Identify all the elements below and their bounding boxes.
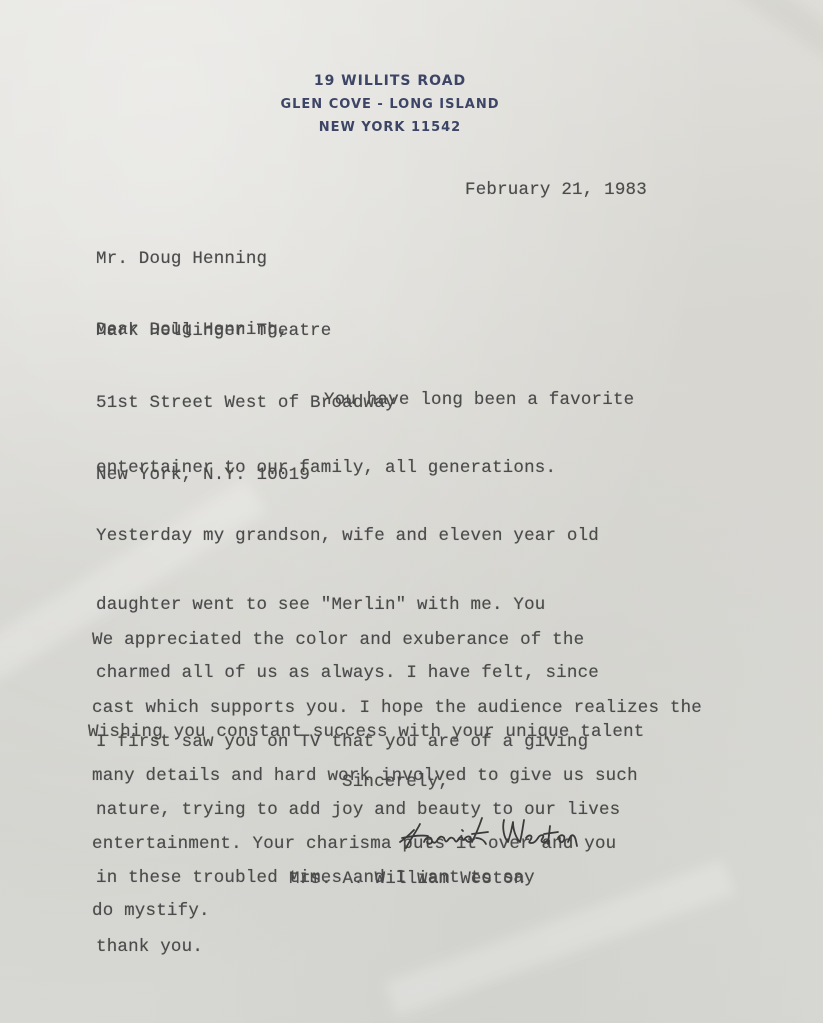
salutation: Dear Doug Henning,	[96, 320, 289, 340]
body-line: entertainer to our family, all generatio…	[96, 457, 634, 480]
paper-crease	[675, 0, 823, 102]
body-line: cast which supports you. I hope the audi…	[92, 697, 702, 720]
body-line: You have long been a favorite	[96, 389, 634, 412]
letterhead-state-zip: NEW YORK 11542	[250, 116, 530, 139]
letterhead-street: 19 WILLITS ROAD	[250, 70, 530, 93]
body-line: Yesterday my grandson, wife and eleven y…	[96, 525, 634, 548]
letter-paper: 19 WILLITS ROAD GLEN COVE - LONG ISLAND …	[0, 0, 823, 1023]
letter-date: February 21, 1983	[465, 180, 647, 200]
handwritten-signature: Harriet Weston	[392, 808, 632, 860]
closing-line: Wishing you constant success with your u…	[88, 722, 645, 742]
body-line: We appreciated the color and exuberance …	[92, 629, 702, 652]
body-line: do mystify.	[92, 900, 702, 923]
sign-off: Sincerely,	[342, 772, 449, 792]
typed-signer-name: Mrs. A. William Weston	[289, 869, 524, 889]
letterhead-town: GLEN COVE - LONG ISLAND	[250, 93, 530, 116]
letterhead: 19 WILLITS ROAD GLEN COVE - LONG ISLAND …	[250, 70, 530, 139]
recipient-name: Mr. Doug Henning	[96, 247, 396, 271]
